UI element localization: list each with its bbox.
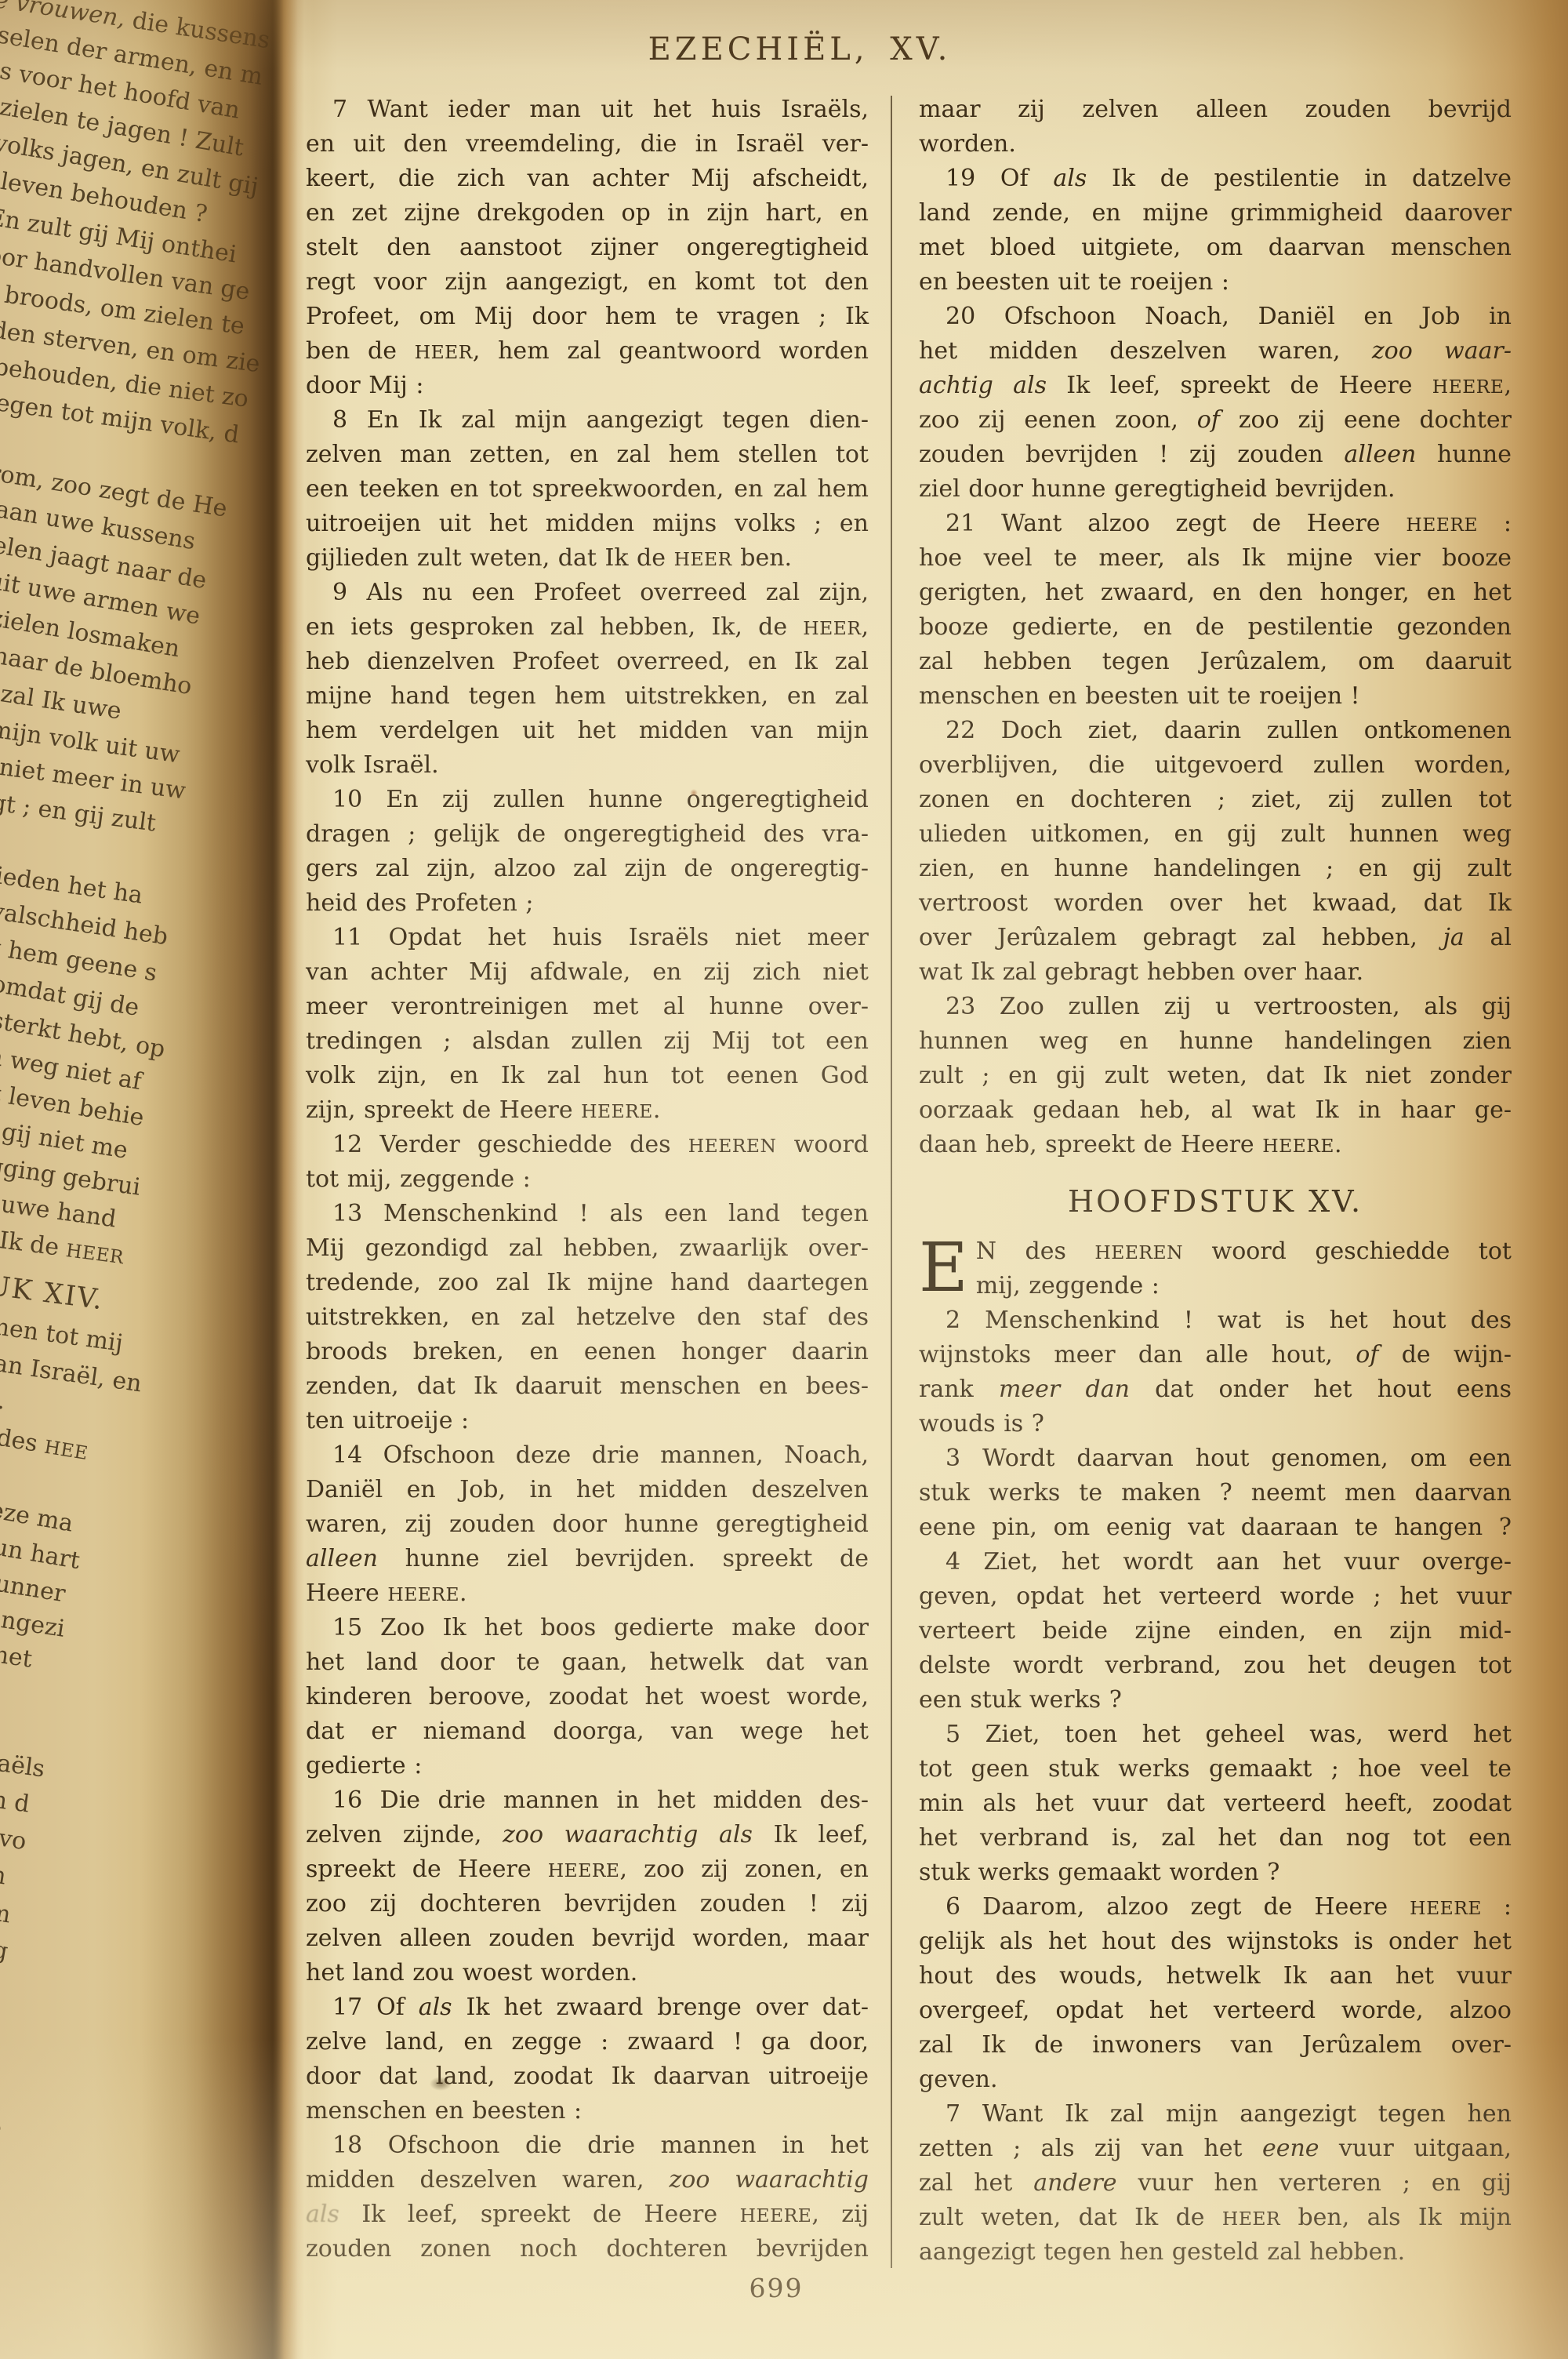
text-line: mij, zeggende : [919,1269,1512,1303]
text-segment: 3 Wordt daarvan hout genomen, om een [946,1445,1512,1472]
text-segment: andere [1033,2169,1116,2197]
text-line: 7 Want Ik zal mijn aangezigt tegen hen [919,2097,1512,2132]
text-segment: overblijven, die uitgevoerd zullen worde… [919,751,1512,779]
text-segment: zoo zij dochteren bevrijden zouden ! zij [306,1890,869,1917]
text-line: stuk werks te maken ? neemt men daarvan [919,1476,1512,1510]
text-line: het land door te gaan, hetwelk dat van [306,1645,869,1680]
text-line: alleen hunne ziel bevrijden. spreekt de [306,1542,869,1576]
text-line: Profeet, om Mij door hem te vragen ; Ik [306,300,869,334]
text-segment: HEER [415,341,473,363]
text-segment: 5 Ziet, toen het geheel was, werd het [946,1721,1512,1748]
text-segment: spreekt de Heere [306,1856,548,1883]
text-line: 2 Menschenkind ! wat is het hout des [919,1303,1512,1338]
text-segment: volk Israël. [306,751,439,779]
text-segment: zoo waarachtig als [503,1821,753,1848]
text-line: zouden bevrijden ! zij zouden alleen hun… [919,438,1512,472]
text-segment: , [861,613,869,641]
text-segment: als [1053,165,1087,192]
text-segment: verteert beide zijne einden, en zijn mid… [919,1617,1512,1645]
text-segment: Ik de pestilentie in datzelve [1087,165,1512,192]
text-line: vertroost worden over het kwaad, dat Ik [919,886,1512,921]
text-line: achtig als Ik leef, spreekt de Heere HEE… [919,369,1512,403]
text-line: delste wordt verbrand, zou het deugen to… [919,1648,1512,1683]
text-segment: broods breken, en eenen honger daarin [306,1338,869,1365]
text-line: hem verdelgen uit het midden van mijn [306,714,869,748]
text-segment: HEER [803,617,861,639]
text-line: zoo zij dochteren bevrijden zouden ! zij [306,1887,869,1921]
text-segment: ulieden uitkomen, en gij zult hunnen weg [919,820,1512,848]
text-segment: zult ; en gij zult weten, dat Ik niet zo… [919,1062,1512,1089]
text-line: zult weten, dat Ik de HEER ben, als Ik m… [919,2201,1512,2235]
text-segment: HEEREN [1094,1241,1183,1263]
text-segment: zelven alleen zouden bevrijd worden, maa… [306,1925,869,1952]
text-segment: , zij [811,2201,869,2228]
text-segment: als [419,1994,452,2021]
text-line: 19 Of als Ik de pestilentie in datzelve [919,162,1512,196]
text-line: zal Ik de inwoners van Jerûzalem over- [919,2028,1512,2063]
text-line: van achter Mij afdwale, en zij zich niet [306,955,869,990]
text-line: een stuk werks ? [919,1683,1512,1717]
text-segment: met bloed uitgiete, om daarvan menschen [919,234,1512,261]
text-segment: al [1465,924,1512,951]
text-line: 13 Menschenkind ! als een land tegen [306,1197,869,1231]
text-segment: mijne hand tegen hem uitstrekken, en zal [306,682,869,710]
text-segment: het land zou woest worden. [306,1959,637,1986]
text-segment: rank [919,1376,999,1403]
text-segment: HEEREN [688,1135,777,1157]
text-line: 16 Die drie mannen in het midden des- [306,1783,869,1818]
text-segment: dragen ; gelijk de ongeregtigheid des vr… [306,820,869,848]
text-segment: of [1197,406,1220,434]
text-line: zal hebben tegen Jerûzalem, om daaruit [919,645,1512,679]
text-segment: 16 Die drie mannen in het midden des- [332,1787,869,1814]
text-line: gers zal zijn, alzoo zal zijn de ongereg… [306,852,869,886]
text-segment: menschen en beesten : [306,2097,582,2125]
text-segment: Mij gezondigd zal hebben, zwaarlijk over… [306,1234,869,1262]
text-segment: zenden, dat Ik daaruit menschen en bees- [306,1372,869,1400]
text-line: EN des HEEREN woord geschiedde tot [919,1234,1512,1269]
text-line: booze gedierte, en de pestilentie gezond… [919,610,1512,645]
chapter-heading: HOOFDSTUK XV. [919,1162,1512,1234]
text-line: het land zou woest worden. [306,1956,869,1990]
text-line: uitstrekken, en zal hetzelve den staf de… [306,1300,869,1335]
text-line: hout des wouds, hetwelk Ik aan het vuur [919,1959,1512,1994]
text-segment: HEERE [1410,1897,1482,1919]
text-segment: ja [1443,924,1465,951]
text-segment: ziel door hunne geregtigheid bevrijden. [919,475,1396,503]
text-line: en zet zijne drekgoden op in zijn hart, … [306,196,869,231]
text-segment: N des [976,1238,1095,1265]
text-segment: , [1504,372,1512,399]
text-segment: dat onder het hout eens [1130,1376,1512,1403]
text-segment: 17 Of [332,1994,419,2021]
text-line: zelven alleen zouden bevrijd worden, maa… [306,1921,869,1956]
text-segment: worden. [919,130,1016,158]
text-line: volk zijn, en Ik zal hun tot eenen God [306,1059,869,1093]
text-segment: zelven man zetten, en zal hem stellen to… [306,441,869,468]
text-segment: uitroeijen uit het midden mijns volks ; … [306,510,869,537]
text-segment: tredingen ; alsdan zullen zij Mij tot ee… [306,1027,869,1055]
text-segment: : [1478,510,1512,537]
text-segment: uitstrekken, en zal hetzelve den staf de… [306,1303,869,1331]
text-line: wouds is ? [919,1407,1512,1441]
text-segment: door Mij : [306,372,423,399]
text-segment: zetten ; als zij van het [919,2135,1262,2162]
text-line: heb dienzelven Profeet overreed, en Ik z… [306,645,869,679]
text-line: meer verontreinigen met al hunne over- [306,990,869,1024]
text-segment: en beesten uit te roeijen : [919,268,1229,296]
text-line: menschen en beesten : [306,2094,869,2128]
text-line: zouden zonen noch dochteren bevrijden [306,2232,869,2266]
text-line: dragen ; gelijk de ongeregtigheid des vr… [306,817,869,852]
text-line: spreekt de Heere HEERE, zoo zij zonen, e… [306,1852,869,1887]
text-segment: hunnen weg en hunne handelingen zien [919,1027,1512,1055]
text-segment: zoo waarachtig [669,2166,869,2194]
text-line: keert, die zich van achter Mij afscheidt… [306,162,869,196]
text-line: mijne hand tegen hem uitstrekken, en zal [306,679,869,714]
text-segment: 7 Want ieder man uit het huis Israëls, [332,96,869,123]
text-segment: een teeken en tot spreekwoorden, en zal … [306,475,869,503]
page-number: 699 [306,2273,1247,2303]
text-segment: het verbrand is, zal het dan nog tot een [919,1824,1512,1852]
text-segment: over Jerûzalem gebragt zal hebben, [919,924,1443,951]
text-segment: . [459,1579,467,1607]
text-line: zien, en hunne handelingen ; en gij zult [919,852,1512,886]
text-line: verteert beide zijne einden, en zijn mid… [919,1614,1512,1648]
text-line: menschen en beesten uit te roeijen ! [919,679,1512,714]
text-segment: gerigten, het zwaard, en den honger, en … [919,579,1512,606]
text-line: 22 Doch ziet, daarin zullen ontkomenen [919,714,1512,748]
text-line: 10 En zij zullen hunne ongeregtigheid [306,783,869,817]
text-segment: woord geschiedde tot [1183,1238,1512,1265]
text-line: 21 Want alzoo zegt de Heere HEERE : [919,507,1512,541]
text-line: 9 Als nu een Profeet overreed zal zijn, [306,576,869,610]
text-segment: Daniël en Job, in het midden deszelven [306,1476,869,1503]
text-line: broods breken, en eenen honger daarin [306,1335,869,1369]
text-line: overgeef, opdat het verteerd worde, alzo… [919,1994,1512,2028]
text-line: 17 Of als Ik het zwaard brenge over dat- [306,1990,869,2025]
text-line: zijn, spreekt de Heere HEERE. [306,1093,869,1128]
text-segment: Ik leef, [753,1821,869,1848]
text-line: maar zij zelven alleen zouden bevrijd [919,93,1512,127]
text-segment: waren, zij zouden door hunne geregtighei… [306,1510,869,1538]
text-segment: stuk werks gemaakt worden ? [919,1859,1279,1886]
text-line: gerigten, het zwaard, en den honger, en … [919,576,1512,610]
ink-smudge [430,2077,452,2091]
text-line: dat er niemand doorga, van wege het [306,1714,869,1749]
text-line: Heere HEERE. [306,1576,869,1611]
text-column-left: 7 Want ieder man uit het huis Israëls,en… [306,93,869,2266]
text-segment: 23 Zoo zullen zij u vertroosten, als gij [946,993,1512,1020]
text-segment: zoo zij eene dochter [1220,406,1512,434]
text-line: 8 En Ik zal mijn aangezigt tegen dien- [306,403,869,438]
text-segment: 8 En Ik zal mijn aangezigt tegen dien- [332,406,869,434]
text-segment: HEE [43,1436,90,1465]
text-line: met bloed uitgiete, om daarvan menschen [919,231,1512,265]
text-segment: zouden zonen noch dochteren bevrijden [306,2235,869,2263]
text-segment: hoe veel te meer, als Ik mijne vier booz… [919,544,1512,572]
text-segment: zien, en hunne handelingen ; en gij zult [919,855,1512,882]
text-segment: gedierte : [306,1752,422,1779]
text-segment: midden deszelven waren, [306,2166,669,2194]
text-segment: heid des Profeten ; [306,889,534,917]
text-segment: tot mij, zeggende : [306,1165,531,1193]
text-line: het verbrand is, zal het dan nog tot een [919,1821,1512,1856]
text-segment: 2 Menschenkind ! wat is het hout des [946,1307,1512,1334]
text-line: overblijven, die uitgevoerd zullen worde… [919,748,1512,783]
text-segment: ben, als Ik mijn [1280,2204,1512,2231]
text-segment: eene [1262,2135,1319,2162]
text-line: zelven man zetten, en zal hem stellen to… [306,438,869,472]
text-segment: Ik leef, spreekt de Heere [1047,372,1432,399]
text-line: regt voor zijn aangezigt, en komt tot de… [306,265,869,300]
text-line: stelt den aanstoot zijner ongeregtigheid [306,231,869,265]
text-line: aangezigt tegen hen gesteld zal hebben. [919,2235,1512,2270]
text-segment: zal hebben tegen Jerûzalem, om daaruit [919,648,1512,675]
text-line: als Ik leef, spreekt de Heere HEERE, zij [306,2197,869,2232]
text-segment: wouds is ? [919,1410,1044,1438]
text-line: tredingen ; alsdan zullen zij Mij tot ee… [306,1024,869,1059]
text-segment: aangezigt tegen hen gesteld zal hebben. [919,2238,1405,2266]
text-segment: 12 Verder geschiedde des [332,1131,688,1158]
text-line: geven, opdat het verteerd worde ; het vu… [919,1579,1512,1614]
text-line: ben de HEER, hem zal geantwoord worden [306,334,869,369]
text-segment: maar zij zelven alleen zouden bevrijd [919,96,1512,123]
text-segment: zouden bevrijden ! zij zouden [919,441,1344,468]
text-line: daan heb, spreekt de Heere HEERE. [919,1128,1512,1162]
text-line: waren, zij zouden door hunne geregtighei… [306,1507,869,1542]
text-segment: van achter Mij afdwale, en zij zich niet [306,958,869,986]
text-line: 6 Daarom, alzoo zegt de Heere HEERE : [919,1890,1512,1925]
text-segment: . [653,1096,661,1124]
text-segment: door dat land, zoodat Ik daarvan uitroei… [306,2063,869,2090]
text-segment: heb dienzelven Profeet overreed, en Ik z… [306,648,869,675]
text-line: worden. [919,127,1512,162]
text-segment: , hem zal geantwoord worden [473,337,869,365]
text-segment: 11 Opdat het huis Israëls niet meer [332,924,869,951]
text-line: 4 Ziet, het wordt aan het vuur overge- [919,1545,1512,1579]
text-segment: de wijn- [1378,1341,1512,1369]
text-line: hoe veel te meer, als Ik mijne vier booz… [919,541,1512,576]
text-line: Daniël en Job, in het midden deszelven [306,1473,869,1507]
text-segment: zoo zij eenen zoon, [919,406,1197,434]
text-segment: als [306,2201,339,2228]
text-segment: mij, zeggende : [976,1272,1160,1299]
text-line: tredende, zoo zal Ik mijne hand daartege… [306,1266,869,1300]
text-segment: gijlieden zult weten, dat Ik de [306,544,674,572]
text-segment: kinderen beroove, zoodat het woest worde… [306,1683,869,1710]
text-segment: wijnstoks meer dan alle hout, [919,1341,1356,1369]
text-line: 20 Ofschoon Noach, Daniël en Job in [919,300,1512,334]
text-segment: woord [776,1131,869,1158]
text-segment: 9 Als nu een Profeet overreed zal zijn, [332,579,869,606]
text-line: ziel door hunne geregtigheid bevrijden. [919,472,1512,507]
text-line: midden deszelven waren, zoo waarachtig [306,2163,869,2197]
text-segment: 22 Doch ziet, daarin zullen ontkomenen [946,717,1512,744]
text-line: 23 Zoo zullen zij u vertroosten, als gij [919,990,1512,1024]
text-segment: gelijk als het hout des wijnstoks is ond… [919,1928,1512,1955]
text-line: min als het vuur dat verteerd heeft, zoo… [919,1787,1512,1821]
text-segment: wat Ik zal gebragt hebben over haar. [919,958,1363,986]
text-line: en beesten uit te roeijen : [919,265,1512,300]
text-segment: Profeet, om Mij door hem te vragen ; Ik [306,303,869,330]
text-segment: stelt den aanstoot zijner ongeregtigheid [306,234,869,261]
text-line: over Jerûzalem gebragt zal hebben, ja al [919,921,1512,955]
text-line: 15 Zoo Ik het boos gedierte make door [306,1611,869,1645]
text-line: stuk werks gemaakt worden ? [919,1856,1512,1890]
text-segment: hem verdelgen uit het midden van mijn [306,717,869,744]
book-scan-page: { "page": { "header": "EZECHIËL, XV.", "… [0,0,1568,2359]
text-segment: meer verontreinigen met al hunne over- [306,993,869,1020]
text-segment: zal Ik de inwoners van Jerûzalem over- [919,2031,1512,2059]
text-segment: geven. [919,2066,998,2093]
text-segment: regt voor zijn aangezigt, en komt tot de… [306,268,869,296]
text-segment: zoo waar- [1372,337,1512,365]
text-line: 11 Opdat het huis Israëls niet meer [306,921,869,955]
text-segment: HEERE [1432,376,1504,398]
text-segment: land zende, en mijne grimmigheid daarove… [919,199,1512,227]
text-segment: 10 En zij zullen hunne ongeregtigheid [332,786,869,813]
text-segment: hout des wouds, hetwelk Ik aan het vuur [919,1962,1512,1990]
text-segment: eene pin, om eenig vat daaraan te hangen… [919,1514,1512,1541]
running-head: EZECHIËL, XV. [306,31,1294,67]
text-line: Mij gezondigd zal hebben, zwaarlijk over… [306,1231,869,1266]
text-segment: daan heb, spreekt de Heere [919,1131,1262,1158]
text-line: 5 Ziet, toen het geheel was, werd het [919,1717,1512,1752]
text-segment: het midden deszelven waren, [919,337,1372,365]
text-segment: HEERE [548,1859,620,1881]
text-line: kinderen beroove, zoodat het woest worde… [306,1680,869,1714]
text-segment: en iets gesproken zal hebben, Ik, de [306,613,803,641]
text-segment: gers zal zijn, alzoo zal zijn de ongereg… [306,855,869,882]
column-divider-rule [891,96,892,2268]
text-segment: meer dan [999,1376,1130,1403]
text-segment: Ik leef, spreekt de Heere [339,2201,740,2228]
text-segment: stuk werks te maken ? neemt men daarvan [919,1479,1512,1507]
text-segment: achtig als [919,372,1047,399]
text-segment: een stuk werks ? [919,1686,1122,1714]
text-segment: 20 Ofschoon Noach, Daniël en Job in [946,303,1512,330]
text-segment: overgeef, opdat het verteerd worde, alzo… [919,1997,1512,2024]
gutter-facing-page: die vrouwen, die kussensokselen der arme… [0,0,276,2359]
text-segment: vuur uitgaan, [1319,2135,1512,2162]
text-segment: HEERE [387,1583,459,1605]
text-segment: HEERE [740,2205,812,2226]
text-segment: zelve land, en zegge : zwaard ! ga door, [306,2028,869,2055]
text-column-right: maar zij zelven alleen zouden bevrijdwor… [919,93,1512,2270]
text-line: zelve land, en zegge : zwaard ! ga door, [306,2025,869,2059]
text-segment: 19 Of [946,165,1053,192]
text-segment: booze gedierte, en de pestilentie gezond… [919,613,1512,641]
text-segment: zonen en dochteren ; ziet, zij zullen to… [919,786,1512,813]
text-segment: HEER [1222,2208,1280,2230]
text-segment: HEERE [1262,1135,1334,1157]
text-segment: of [1356,1341,1378,1369]
text-line: zult ; en gij zult weten, dat Ik niet zo… [919,1059,1512,1093]
text-segment: 6 Daarom, alzoo zegt de Heere [946,1893,1410,1921]
text-segment: tredende, zoo zal Ik mijne hand daartege… [306,1269,869,1296]
text-line: 3 Wordt daarvan hout genomen, om een [919,1441,1512,1476]
text-line: 14 Ofschoon deze drie mannen, Noach, [306,1438,869,1473]
text-line: een teeken en tot spreekwoorden, en zal … [306,472,869,507]
text-line: gelijk als het hout des wijnstoks is ond… [919,1925,1512,1959]
text-line: zenden, dat Ik daaruit menschen en bees- [306,1369,869,1404]
text-segment: ben. [732,544,792,572]
text-line: gijlieden zult weten, dat Ik de HEER ben… [306,541,869,576]
text-segment: HEER [65,1239,125,1268]
text-segment: alleen [1344,441,1416,468]
text-segment: en uit den vreemdeling, die in Israël ve… [306,130,869,158]
text-line: 7 Want ieder man uit het huis Israëls, [306,93,869,127]
text-line: hunnen weg en hunne handelingen zien [919,1024,1512,1059]
text-line: geven. [919,2063,1512,2097]
text-segment: . [1334,1131,1342,1158]
text-line: 18 Ofschoon die drie mannen in het [306,2128,869,2163]
text-segment: geven, opdat het verteerd worde ; het vu… [919,1583,1512,1610]
text-line: zal het andere vuur hen verteren ; en gi… [919,2166,1512,2201]
gutter-text-block: die vrouwen, die kussensokselen der arme… [0,0,276,2224]
text-segment: Ik het zwaard brenge over dat- [452,1994,869,2021]
text-segment: vertroost worden over het kwaad, dat Ik [919,889,1512,917]
text-line: door Mij : [306,369,869,403]
text-segment: dat er niemand doorga, van wege het [306,1717,869,1745]
text-segment: oorzaak gedaan heb, al wat Ik in haar ge… [919,1096,1512,1124]
text-line: tot mij, zeggende : [306,1162,869,1197]
text-line: gedierte : [306,1749,869,1783]
text-line: door dat land, zoodat Ik daarvan uitroei… [306,2059,869,2094]
text-line: uitroeijen uit het midden mijns volks ; … [306,507,869,541]
text-segment: volk zijn, en Ik zal hun tot eenen God [306,1062,869,1089]
text-segment: zelven zijnde, [306,1821,503,1848]
text-segment: 4 Ziet, het wordt aan het vuur overge- [946,1548,1512,1576]
text-line: wat Ik zal gebragt hebben over haar. [919,955,1512,990]
text-line: eene pin, om eenig vat daaraan te hangen… [919,1510,1512,1545]
text-segment: het land door te gaan, hetwelk dat van [306,1648,869,1676]
text-segment: HEERE [1406,514,1478,536]
text-line: oorzaak gedaan heb, al wat Ik in haar ge… [919,1093,1512,1128]
drop-cap-initial: E [919,1237,968,1301]
text-line: zoo zij eenen zoon, of zoo zij eene doch… [919,403,1512,438]
text-segment: hunne [1416,441,1512,468]
text-line: zetten ; als zij van het eene vuur uitga… [919,2132,1512,2166]
text-line: rank meer dan dat onder het hout eens [919,1372,1512,1407]
text-segment: HEERE [581,1100,653,1122]
text-segment: hunne ziel bevrijden. spreekt de [378,1545,869,1572]
text-segment: menschen en beesten uit te roeijen ! [919,682,1360,710]
text-line: en iets gesproken zal hebben, Ik, de HEE… [306,610,869,645]
text-segment: 14 Ofschoon deze drie mannen, Noach, [332,1441,869,1469]
text-segment: 21 Want alzoo zegt de Heere [946,510,1406,537]
text-segment: en zet zijne drekgoden op in zijn hart, … [306,199,869,227]
text-segment: delste wordt verbrand, zou het deugen to… [919,1652,1512,1679]
text-line: zonen en dochteren ; ziet, zij zullen to… [919,783,1512,817]
text-line: ulieden uitkomen, en gij zult hunnen weg [919,817,1512,852]
text-segment: zijn, spreekt de Heere [306,1096,581,1124]
text-segment: vuur hen verteren ; en gij [1117,2169,1512,2197]
text-segment: HOOFDSTUK XV. [1068,1184,1363,1219]
text-segment: , zoo zij zonen, en [620,1856,869,1883]
text-segment: 7 Want Ik zal mijn aangezigt tegen hen [946,2100,1512,2128]
text-segment: ben de [306,337,415,365]
text-segment: HEER [674,548,732,570]
text-segment: tot geen stuk werks gemaakt ; hoe veel t… [919,1755,1512,1783]
text-line: en uit den vreemdeling, die in Israël ve… [306,127,869,162]
text-line: volk Israël. [306,748,869,783]
paper-speck [690,789,698,797]
text-segment: : [1482,1893,1512,1921]
text-line: zelven zijnde, zoo waarachtig als Ik lee… [306,1818,869,1852]
text-segment: zal het [919,2169,1033,2197]
